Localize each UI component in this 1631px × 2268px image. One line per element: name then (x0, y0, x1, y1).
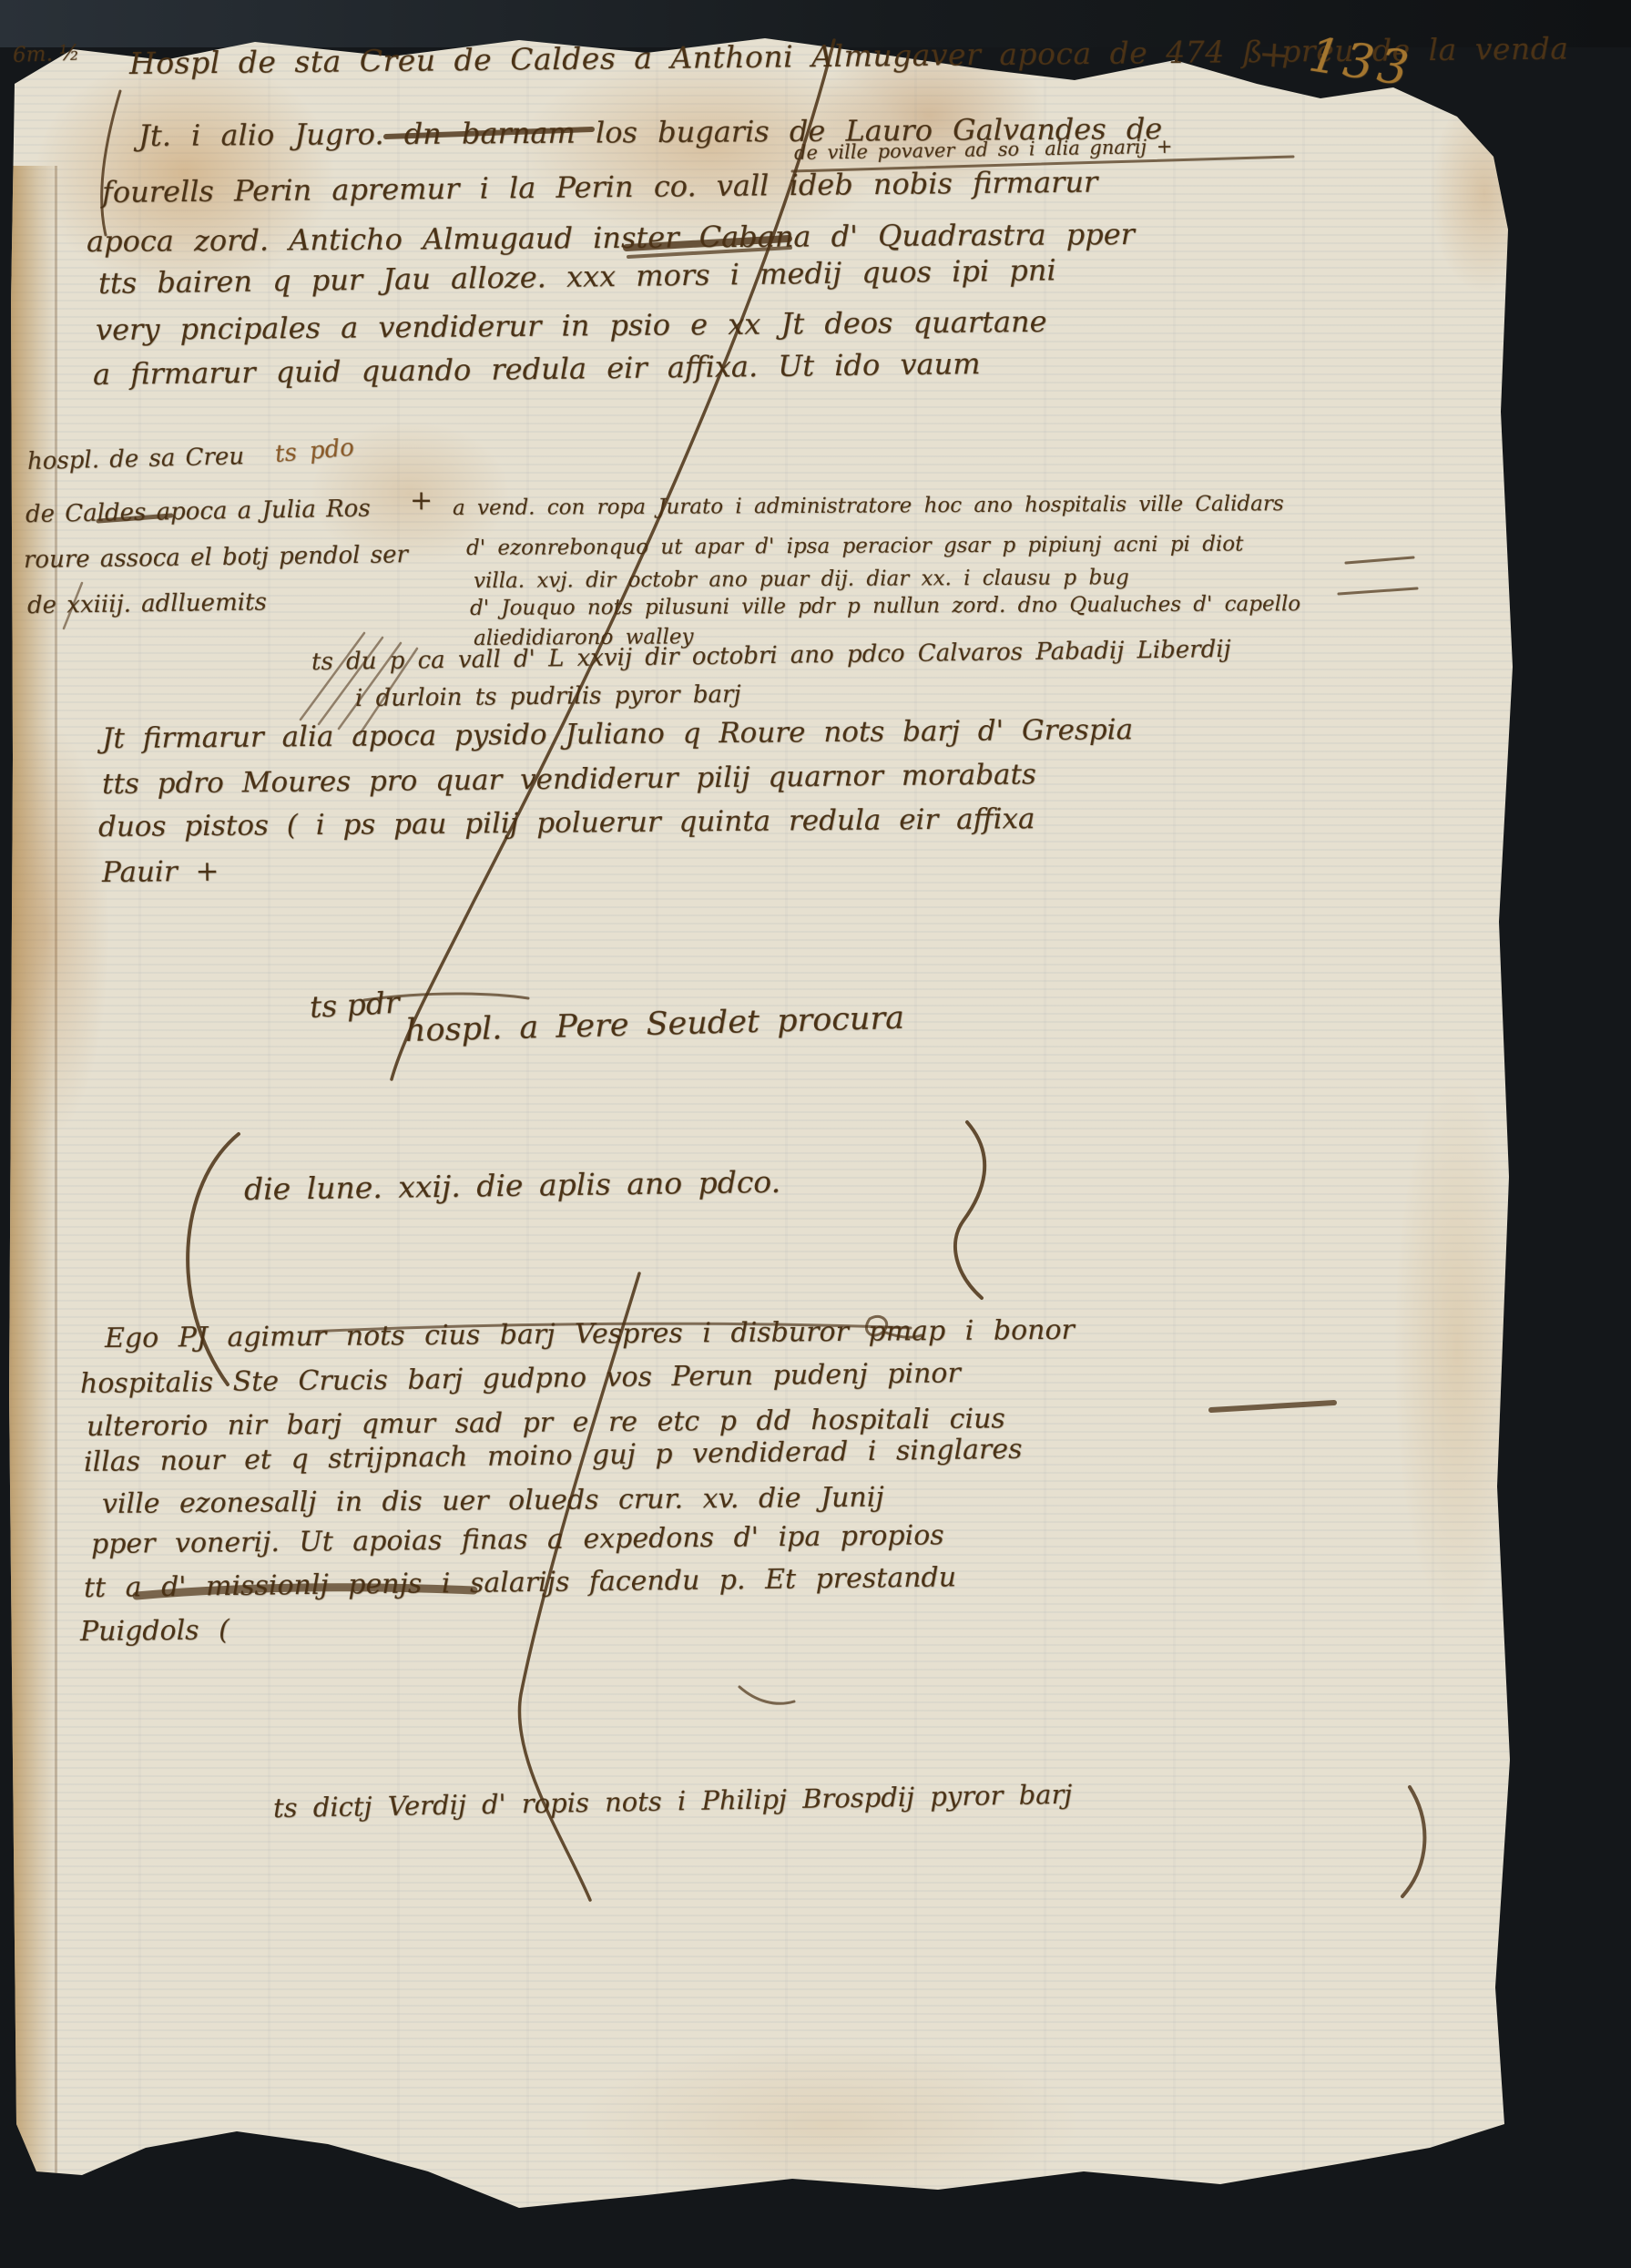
paper-stain (1430, 93, 1539, 293)
entry2-line: Pauir + (102, 855, 219, 889)
date-line: die lune. xxij. die aplis ano pdco. (244, 1164, 781, 1207)
paper-stain (1393, 1077, 1521, 1623)
admin-block-line: villa. xvj. dir octobr ano puar dij. dia… (474, 566, 1129, 593)
admin-block-line: d' ezonrebonquo ut apar d' ipsa peracior… (466, 533, 1244, 560)
gutter-note: 6m. ½ (13, 41, 80, 67)
witness-line: i durloin ts pudrilis pyror barj (355, 681, 741, 712)
paper-stain (0, 721, 109, 1140)
procura-witness-label: ts pdr (309, 985, 401, 1025)
margin-note-line: roure assoca el botj pendol ser (24, 541, 408, 574)
entry3-line: Puigdols ( (80, 1614, 229, 1648)
margin-note-line: de xxiiij. adlluemits (27, 588, 267, 619)
paper-stain (574, 2042, 1084, 2206)
entry3-line: ville ezonesallj in dis uer olueds crur.… (102, 1482, 884, 1520)
admin-cross-mark: + (410, 485, 433, 516)
margin-note-line: hospl. de sa Creu (27, 443, 245, 475)
manuscript-scan: 6m. ½ Hospl de sta Creu de Caldes a Anth… (0, 0, 1631, 2268)
admin-block-line: d' Jouquo nots pilusuni ville pdr p null… (470, 592, 1300, 620)
entry1-line: apoca zord. Anticho Almugaud inster Caba… (87, 217, 1135, 259)
folio-cross-mark: + (1257, 33, 1290, 77)
admin-block-line: a vend. con ropa Jurato i administratore… (453, 492, 1284, 520)
